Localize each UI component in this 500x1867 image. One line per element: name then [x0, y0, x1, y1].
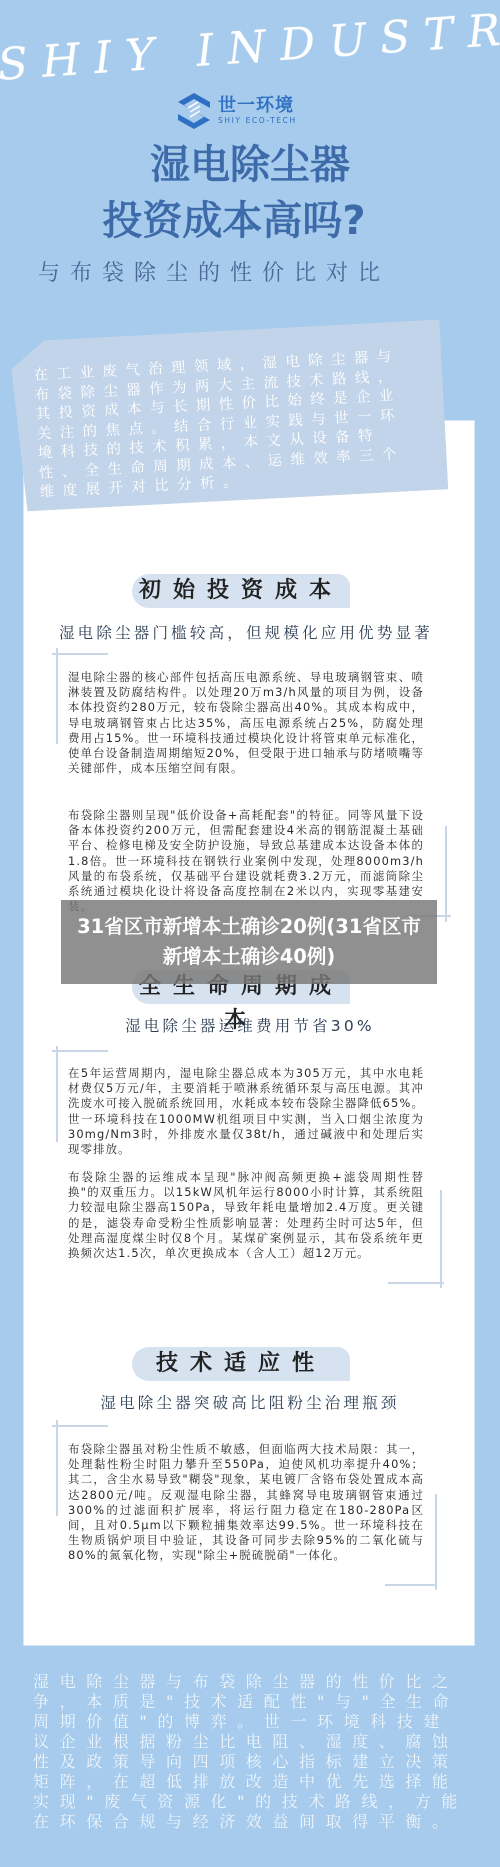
hero-title-line1: 湿电除尘器	[0, 138, 500, 192]
hero-title-line2: 投资成本高吗?	[0, 194, 484, 248]
section-heading-tech-adaptability: 技术适应性	[132, 1347, 350, 1381]
section-subheading-tech-adaptability: 湿电除尘器突破高比阻粉尘治理瓶颈	[0, 1391, 500, 1413]
decorative-line	[445, 826, 447, 922]
section-paragraph: 布袋除尘器虽对粉尘性质不敏感，但面临两大技术局限：其一，处理黏性粉尘时阻力攀升至…	[68, 1442, 424, 1564]
section-paragraph: 在5年运营周期内，湿电除尘器总成本为305万元，其中水电耗材费仅5万元/年，主要…	[68, 1066, 424, 1157]
decorative-line	[435, 1494, 437, 1590]
logo-name-en: SHIY ECO-TECH	[218, 116, 297, 126]
decorative-line	[56, 648, 58, 744]
decorative-line	[52, 1425, 108, 1427]
section-subheading-lifecycle-cost: 湿电除尘器运维费用节省30%	[0, 1014, 500, 1036]
section-paragraph: 布袋除尘器的运维成本呈现"脉冲阀高频更换+滤袋周期性替换"的双重压力。以15kW…	[68, 1170, 424, 1261]
overlay-news-banner[interactable]: 31省区市新增本土确诊20例(31省区市新增本土确诊40例)	[61, 900, 437, 984]
decorative-line	[440, 1190, 442, 1288]
hero-subtitle: 与布袋除尘的性价比对比	[38, 256, 468, 287]
decorative-line	[385, 1584, 437, 1586]
overlay-banner-text: 31省区市新增本土确诊20例(31省区市新增本土确诊40例)	[75, 912, 423, 972]
script-title: SHIY INDUSTRY	[0, 5, 498, 91]
intro-text: 在工业废气治理领域，湿电除尘器与布袋除尘器作为两大主流技术路线，其投资成本与长期…	[33, 347, 425, 503]
decorative-line	[388, 1282, 444, 1284]
logo-name-cn: 世一环境	[218, 96, 297, 116]
section-paragraph: 湿电除尘器的核心部件包括高压电源系统、导电玻璃钢管束、喷淋装置及防腐结构件。以处…	[68, 670, 424, 776]
decorative-line	[56, 1420, 58, 1516]
conclusion-text: 湿电除尘器与布袋除尘器的性价比之争，本质是"技术适配性"与"全生命周期价值"的博…	[33, 1672, 471, 1832]
brand-logo: 世一环境 SHIY ECO-TECH	[176, 92, 297, 130]
section-paragraph: 布袋除尘器则呈现"低价设备+高耗配套"的特征。同等风量下设备本体投资约200万元…	[68, 808, 424, 914]
section-subheading-initial-investment: 湿电除尘器门槛较高，但规模化应用优势显著	[0, 621, 496, 643]
section-heading-initial-investment: 初始投资成本	[132, 574, 350, 608]
shiy-logo-icon	[176, 92, 212, 130]
intro-note: 在工业废气治理领域，湿电除尘器与布袋除尘器作为两大主流技术路线，其投资成本与长期…	[10, 319, 448, 511]
decorative-line	[52, 1050, 108, 1052]
decorative-line	[56, 1046, 58, 1142]
decorative-line	[52, 653, 108, 655]
